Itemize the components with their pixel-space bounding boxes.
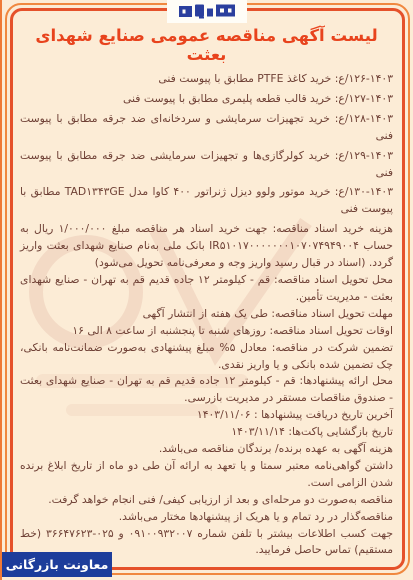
detail-document-delivery-place: محل تحویل اسناد مناقصه: قم - کیلومتر ۱۲ … <box>20 272 393 306</box>
detail-rejection-right: مناقصه‌گذار در رد تمام و یا هریک از پیشن… <box>20 509 393 526</box>
badge-label: معاونت بازرگانی <box>6 557 109 572</box>
detail-guarantee: تضمین شرکت در مناقصه: معادل ۵% مبلغ پیشن… <box>20 340 393 374</box>
commercial-deputy-badge: معاونت بازرگانی <box>2 552 112 577</box>
detail-last-receive-date: آخرین تاریخ دریافت پیشنهادها : ۱۴۰۳/۱۱/۰… <box>20 407 393 424</box>
tender-item-126: ۱۲۶-۱۴۰۳/ع: خرید کاغذ PTFE مطابق با پیوس… <box>20 71 393 88</box>
detail-document-hours: اوقات تحویل اسناد مناقصه: روزهای شنبه تا… <box>20 323 393 340</box>
organization-logo-icon <box>178 3 236 20</box>
detail-certificate-requirement: داشتن گواهی‌نامه معتبر سمتا و یا تعهد به… <box>20 458 393 492</box>
body-text: ۱۲۶-۱۴۰۳/ع: خرید کاغذ PTFE مطابق با پیوس… <box>20 71 393 559</box>
column-divider <box>0 0 2 580</box>
tender-announcement-page: لیست آگهی مناقصه عمومی صنایع شهدای بعثت … <box>0 0 413 580</box>
logo-patch <box>167 0 247 23</box>
tender-item-130: ۱۳۰-۱۴۰۳/ع: خرید موتور ولوو دیزل ژنراتور… <box>20 184 393 218</box>
page-title: لیست آگهی مناقصه عمومی صنایع شهدای بعثت <box>20 26 393 64</box>
detail-two-stage-note: مناقصه به‌صورت دو مرحله‌ای و بعد از ارزی… <box>20 492 393 509</box>
detail-ad-cost: هزینه آگهی به عهده برنده/ برندگان مناقصه… <box>20 441 393 458</box>
detail-envelope-open-date: تاریخ بازگشایی پاکت‌ها: ۱۴۰۳/۱۱/۱۴ <box>20 424 393 441</box>
ad-content: لیست آگهی مناقصه عمومی صنایع شهدای بعثت … <box>0 0 413 559</box>
tender-item-128: ۱۲۸-۱۴۰۳/ع: خرید تجهیزات سرمایشی و سردخا… <box>20 111 393 145</box>
tender-item-129: ۱۲۹-۱۴۰۳/ع: خرید کولرگازی‌ها و تجهیزات س… <box>20 148 393 182</box>
detail-document-cost: هزینه خرید اسناد مناقصه: جهت خرید اسناد … <box>20 221 393 272</box>
tender-item-127: ۱۲۷-۱۴۰۳/ع: خرید قالب قطعه پلیمری مطابق … <box>20 91 393 108</box>
detail-document-deadline: مهلت تحویل اسناد مناقصه: طی یک هفته از ا… <box>20 306 393 323</box>
detail-proposal-place: محل ارائه پیشنهادها: قم - کیلومتر ۱۲ جاد… <box>20 373 393 407</box>
